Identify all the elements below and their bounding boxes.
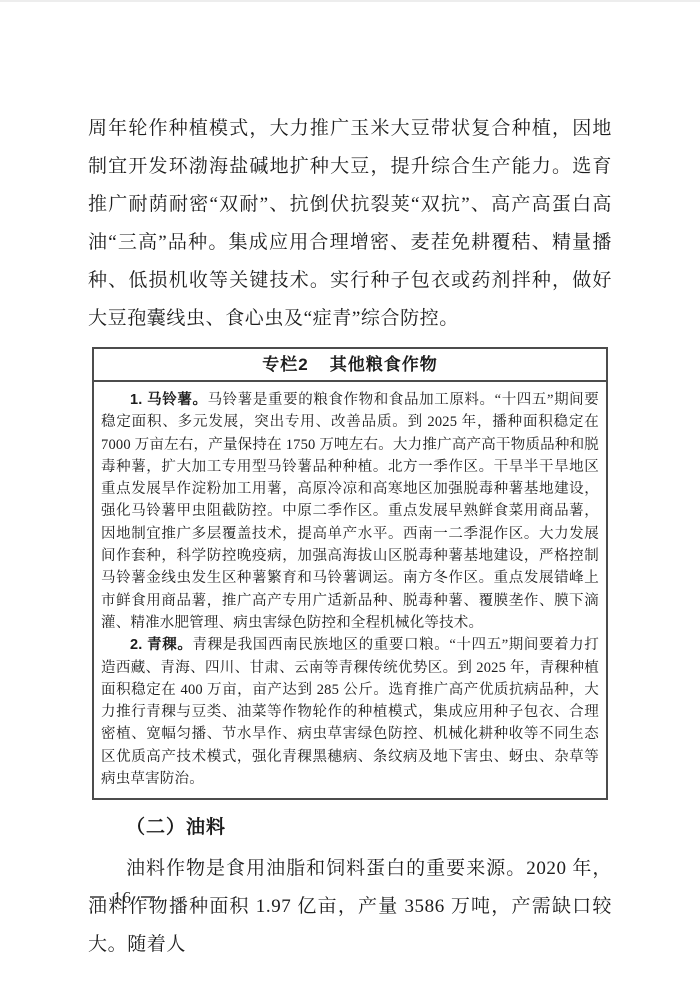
- box-item-highland-barley-lead: 2. 青稞。: [130, 637, 192, 653]
- column-box-label: 专栏2: [262, 355, 308, 374]
- column-box-title: 其他粮食作物: [330, 355, 438, 374]
- section-heading-oil-crops: （二）油料: [88, 813, 612, 843]
- footer-left-dash: [90, 896, 104, 898]
- column-2-box: 专栏2 其他粮食作物 1. 马铃薯。马铃薯是重要的粮食作物和食品加工原料。“十四…: [92, 347, 608, 800]
- box-item-highland-barley-text: 青稞是我国西南民族地区的重要口粮。“十四五”期间要着力打造西藏、青海、四川、甘肃…: [101, 637, 599, 787]
- box-item-highland-barley: 2. 青稞。青稞是我国西南民族地区的重要口粮。“十四五”期间要着力打造西藏、青海…: [101, 634, 599, 790]
- box-item-potato-lead: 1. 马铃薯。: [130, 392, 208, 408]
- document-page: 周年轮作种植模式，大力推广玉米大豆带状复合种植，因地制宜开发环渤海盐碱地扩种大豆…: [0, 0, 700, 990]
- box-item-potato-text: 马铃薯是重要的粮食作物和食品加工原料。“十四五”期间要稳定面积、多元发展，突出专…: [101, 392, 599, 631]
- page-content: 周年轮作种植模式，大力推广玉米大豆带状复合种植，因地制宜开发环渤海盐碱地扩种大豆…: [88, 110, 612, 964]
- page-footer: 16: [90, 888, 155, 908]
- box-item-potato: 1. 马铃薯。马铃薯是重要的粮食作物和食品加工原料。“十四五”期间要稳定面积、多…: [101, 389, 599, 634]
- paragraph-oil-crops: 油料作物是食用油脂和饲料蛋白的重要来源。2020 年，油料作物播种面积 1.97…: [88, 850, 612, 964]
- column-box-body: 1. 马铃薯。马铃薯是重要的粮食作物和食品加工原料。“十四五”期间要稳定面积、多…: [94, 382, 606, 798]
- footer-right-dash: [141, 896, 155, 898]
- page-number: 16: [113, 888, 132, 907]
- paragraph-soybean-measures: 周年轮作种植模式，大力推广玉米大豆带状复合种植，因地制宜开发环渤海盐碱地扩种大豆…: [88, 110, 612, 338]
- column-box-header: 专栏2 其他粮食作物: [94, 349, 606, 382]
